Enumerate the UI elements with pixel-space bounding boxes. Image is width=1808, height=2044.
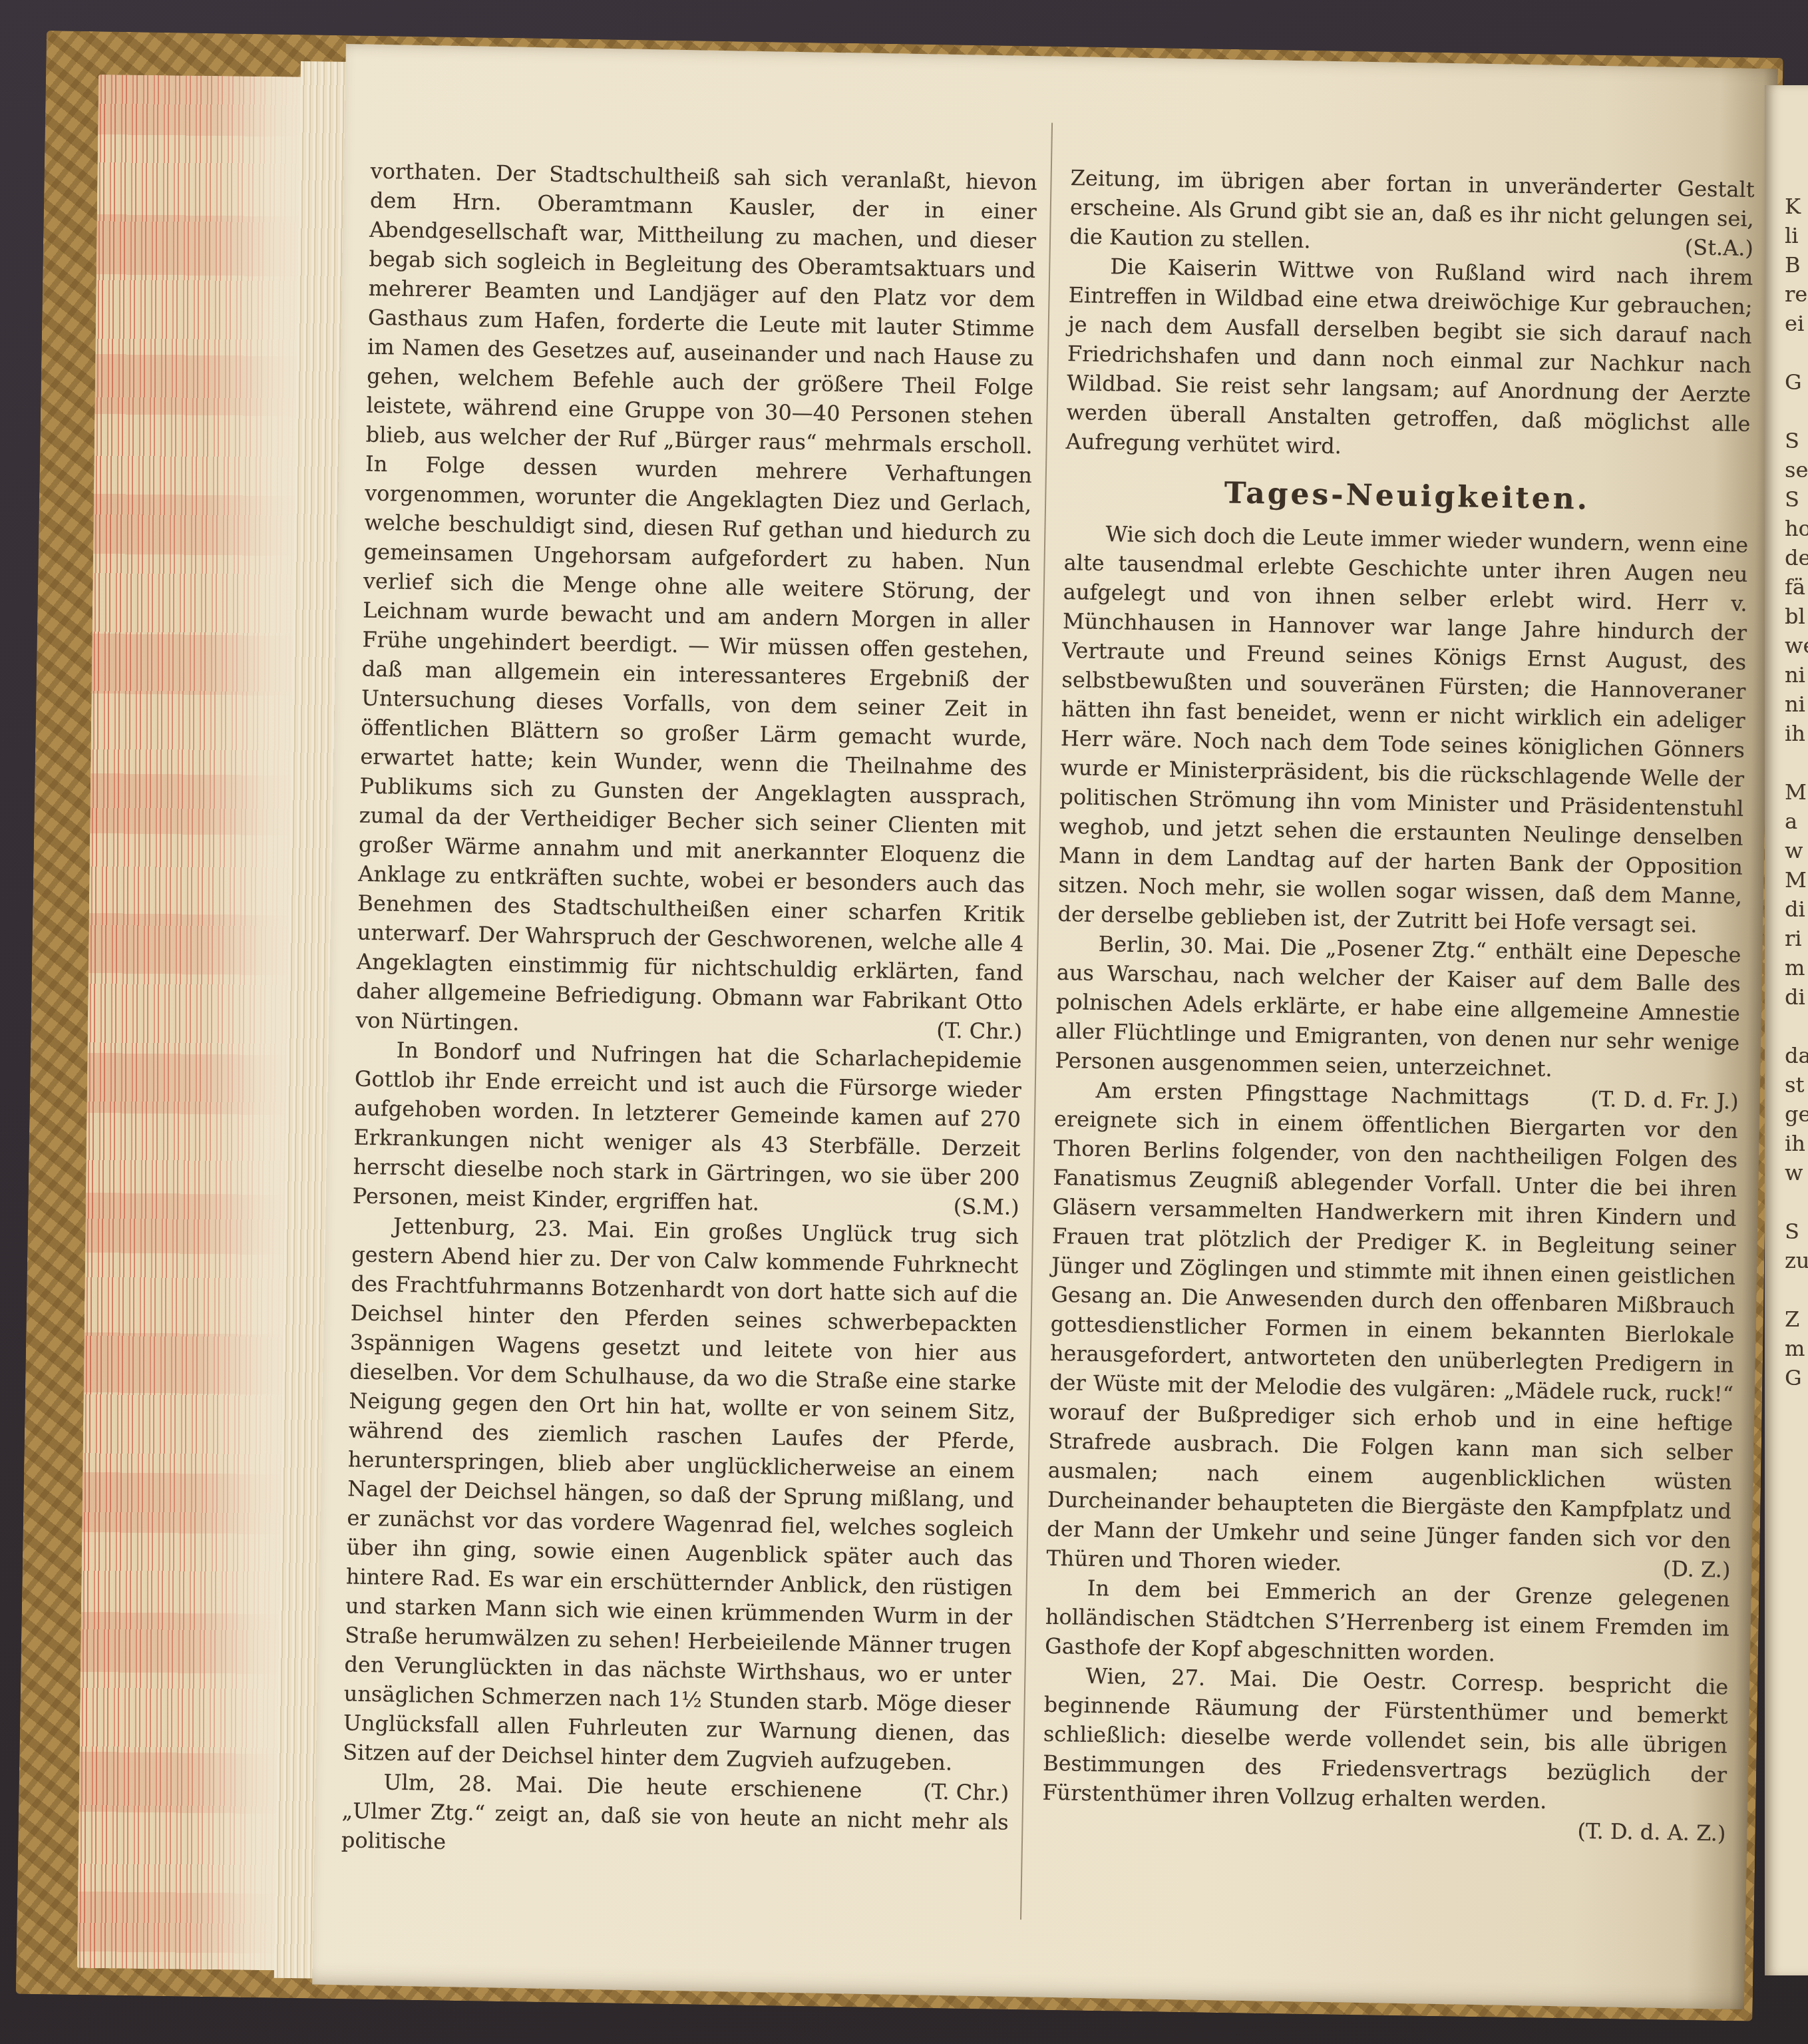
paragraph: Wien, 27. Mai. Die Oestr. Corresp. bespr… bbox=[1042, 1661, 1729, 1819]
paragraph: In Bondorf und Nufringen hat die Scharla… bbox=[352, 1034, 1021, 1221]
photo-background: vorthaten. Der Stadtschultheiß sah sich … bbox=[0, 0, 1808, 2044]
paragraph-text: In dem bei Emmerich an der Grenze gelege… bbox=[1045, 1575, 1730, 1667]
next-page-text-fragments: K li B re ei G S sel S ho de fä bl we ni… bbox=[1785, 192, 1808, 1392]
fore-edge-pages bbox=[77, 75, 313, 1970]
left-column: vorthaten. Der Stadtschultheiß sah sich … bbox=[341, 156, 1037, 1866]
source-citation: (D. Z.) bbox=[1601, 1553, 1730, 1584]
source-citation: (T. D. d. Fr. J.) bbox=[1529, 1083, 1739, 1116]
paragraph: Zeitung, im übrigen aber fortan in unver… bbox=[1069, 163, 1755, 263]
source-citation: (St.A.) bbox=[1664, 232, 1753, 263]
paragraph-text: Am ersten Pfingsttage Nachmittags ereign… bbox=[1046, 1078, 1738, 1576]
source-citation: (T. Chr.) bbox=[862, 1776, 1009, 1808]
paragraph: vorthaten. Der Stadtschultheiß sah sich … bbox=[355, 156, 1037, 1046]
paragraph: In dem bei Emmerich an der Grenze gelege… bbox=[1045, 1573, 1730, 1673]
paragraph-text: Wien, 27. Mai. Die Oestr. Corresp. bespr… bbox=[1042, 1663, 1729, 1814]
paragraph-text: Berlin, 30. Mai. Die „Posener Ztg.“ enth… bbox=[1055, 931, 1741, 1082]
source-citation: (T. Chr.) bbox=[916, 1015, 1023, 1046]
newspaper-page: vorthaten. Der Stadtschultheiß sah sich … bbox=[312, 44, 1778, 2009]
right-column: Zeitung, im übrigen aber fortan in unver… bbox=[1041, 163, 1755, 1848]
paragraph: Berlin, 30. Mai. Die „Posener Ztg.“ enth… bbox=[1055, 928, 1741, 1087]
source-citation: (T. D. d. A. Z.) bbox=[1516, 1815, 1726, 1848]
paragraph-text: In Bondorf und Nufringen hat die Scharla… bbox=[352, 1038, 1021, 1216]
paragraph: Die Kaiserin Wittwe von Rußland wird nac… bbox=[1065, 251, 1753, 468]
section-heading: Tages-Neuigkeiten. bbox=[1065, 476, 1749, 517]
next-page-edge: K li B re ei G S sel S ho de fä bl we ni… bbox=[1765, 85, 1808, 1975]
paragraph-text: Jettenburg, 23. Mai. Ein großes Unglück … bbox=[343, 1213, 1019, 1776]
paragraph: Am ersten Pfingsttage Nachmittags ereign… bbox=[1046, 1075, 1739, 1585]
paragraph-text: Zeitung, im übrigen aber fortan in unver… bbox=[1069, 165, 1755, 253]
paragraph-text: vorthaten. Der Stadtschultheiß sah sich … bbox=[355, 158, 1037, 1036]
paragraph: Jettenburg, 23. Mai. Ein großes Unglück … bbox=[343, 1210, 1019, 1778]
paragraph: Wie sich doch die Leute immer wieder wun… bbox=[1057, 518, 1749, 940]
paragraph-text: Die Kaiserin Wittwe von Rußland wird nac… bbox=[1065, 254, 1753, 459]
paragraph-text: Wie sich doch die Leute immer wieder wun… bbox=[1057, 521, 1748, 938]
source-citation: (S.M.) bbox=[892, 1191, 1019, 1222]
